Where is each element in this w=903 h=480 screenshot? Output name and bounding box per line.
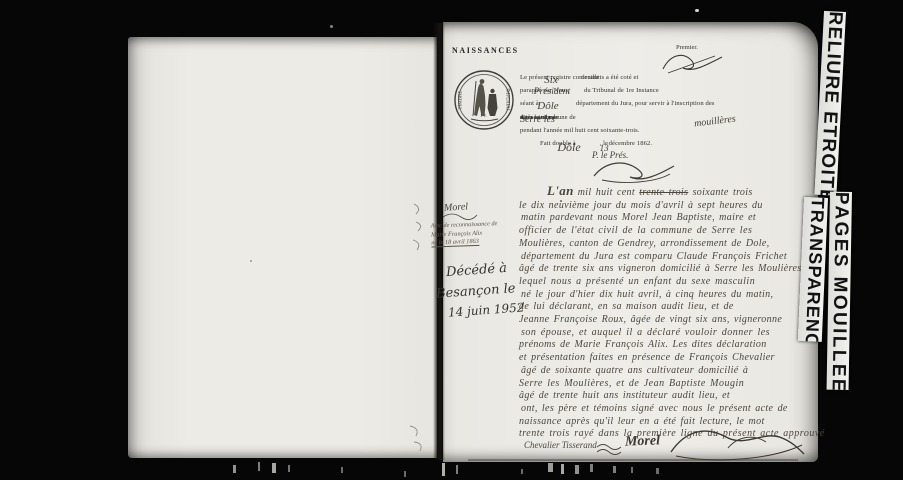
- film-debris: [272, 463, 276, 473]
- film-debris: [341, 467, 343, 473]
- film-debris: [548, 463, 553, 472]
- register-left-page: [128, 37, 437, 458]
- preamble-line: Le présent registre contenant Six feuill…: [520, 74, 760, 86]
- imperial-seal-icon: TIMBRE IMPERIAL 1 F.: [452, 68, 516, 132]
- officiant-signature: Morel: [625, 433, 661, 450]
- film-label-pages-mouillees: PAGES MOUILLEES: [827, 192, 852, 390]
- act-line: de lui déclarant, en sa maison audit lie…: [519, 301, 811, 314]
- act-line: âgé de trente six ans vigneron domicilié…: [519, 263, 811, 276]
- film-debris: [656, 468, 659, 474]
- film-debris: [521, 469, 523, 474]
- birth-act-text: L'anmil huit cent trente trois soixante …: [519, 185, 811, 441]
- act-line: lequel nous a présenté un enfant du sexe…: [519, 276, 811, 289]
- print-text: Fait double à: [540, 140, 576, 147]
- ink-fragment: [410, 200, 428, 256]
- margin-note-line: né le 18 avril 1863: [431, 238, 479, 248]
- act-line: Serre les Moulières, et de Jean Baptiste…: [519, 378, 811, 391]
- act-line: Jeanne Françoise Roux, âgée de vingt six…: [519, 314, 811, 327]
- act-line: âgé de trente huit ans instituteur audit…: [519, 390, 811, 403]
- print-text: dans la commune de: [520, 114, 576, 121]
- print-text: département du Jura, pour servir à l'ins…: [576, 100, 715, 107]
- film-debris: [404, 471, 406, 477]
- act-text: soixante trois: [693, 187, 753, 198]
- act-line: L'anmil huit cent trente trois soixante …: [519, 185, 811, 200]
- print-text: feuillets a été coté et: [582, 74, 639, 81]
- preamble-line: paraphé par Nous, Président du Tribunal …: [520, 87, 760, 97]
- act-line: et présentation faites en présence de Fr…: [519, 352, 811, 365]
- act-opening: L'an: [547, 183, 574, 198]
- ink-speck: [250, 260, 252, 262]
- ink-fragment: [406, 420, 432, 454]
- film-debris: [258, 462, 260, 471]
- film-debris: [456, 465, 458, 474]
- print-text: du Tribunal de 1re Instance: [584, 87, 659, 94]
- film-debris: [288, 465, 290, 472]
- print-text: paraphé par Nous,: [520, 87, 570, 94]
- witness-signatures: Chevalier Tisserand: [524, 440, 597, 450]
- act-line: ont, les père et témoins signé avec nous…: [521, 403, 811, 416]
- act-line: Moulières, canton de Gendrey, arrondisse…: [519, 238, 811, 251]
- film-debris: [233, 465, 236, 473]
- film-debris: [442, 463, 445, 476]
- film-label-reliure-etroite: RELIURE ETROITE: [814, 11, 846, 196]
- ink-speck: [560, 200, 562, 202]
- paraph-signature-mid: [590, 158, 678, 184]
- act-line: né le jour d'hier dix huit avril, à cinq…: [521, 289, 811, 302]
- film-debris: [590, 464, 593, 472]
- seal-right-text: IMPERIAL: [505, 88, 510, 112]
- act-text: mil huit cent: [578, 187, 635, 198]
- film-debris: [613, 466, 616, 473]
- film-debris: [561, 464, 564, 474]
- film-speck: [330, 25, 333, 28]
- preamble-line: Fait double à Dôle , le 13 décembre 1862…: [540, 140, 780, 155]
- act-line: âgé de soixante quatre ans cultivateur d…: [521, 365, 811, 378]
- act-line: département du Jura est comparu Claude F…: [521, 251, 811, 264]
- signature-flourish: [668, 424, 808, 462]
- seal-denomination: 1 F.: [480, 113, 487, 118]
- film-label-transparence: TRANSPARENCE: [798, 197, 828, 342]
- film-debris: [631, 467, 633, 473]
- act-line: matin pardevant nous Morel Jean Baptiste…: [521, 212, 811, 225]
- margin-name: Morel: [444, 201, 469, 213]
- act-line: le dix neuvième jour du mois d'avril à s…: [519, 200, 811, 213]
- margin-reconnaissance-note: Acte de reconnaissance de Marie François…: [431, 220, 518, 249]
- margin-name-flourish: [442, 213, 478, 221]
- film-speck: [695, 9, 699, 12]
- act-line: son épouse, et auquel il a déclaré voulo…: [521, 327, 811, 340]
- act-struck-text: trente trois: [639, 187, 688, 198]
- print-text: séant à: [520, 100, 539, 107]
- microfilm-frame: NAISSANCES Premier. TIMBRE IMPERIAL 1 F.…: [0, 0, 903, 480]
- preamble-line: séant à Dôle département du Jura, pour s…: [520, 100, 760, 112]
- squiggle-mark: [596, 442, 624, 454]
- seal-left-text: TIMBRE: [459, 91, 464, 110]
- act-line: officier de l'état civil de la commune d…: [519, 225, 811, 238]
- film-debris: [575, 465, 579, 474]
- act-line: prénoms de Marie François Alix. Les dite…: [519, 339, 811, 352]
- print-text: décembre 1862.: [609, 140, 653, 147]
- print-text: , le: [600, 140, 608, 147]
- print-text: pendant l'année mil huit cent soixante-t…: [520, 127, 640, 134]
- section-title: NAISSANCES: [452, 46, 519, 55]
